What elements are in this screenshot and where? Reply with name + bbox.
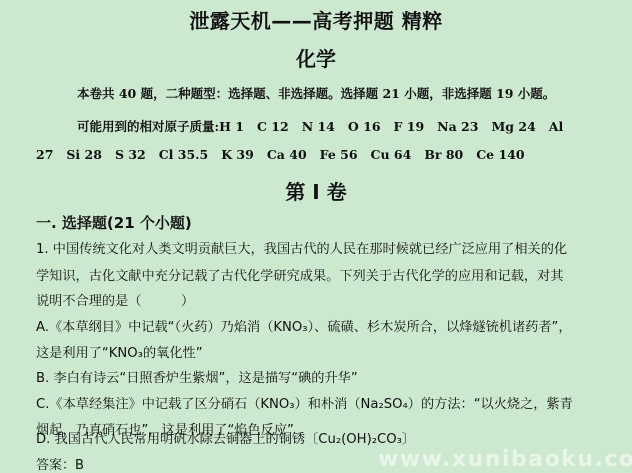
atomic-masses-line-2: 27Si 28S 32Cl 35.5K 39Ca 40Fe 56Cu 64Br … — [36, 147, 538, 162]
question-stem-line: 说明不合理的是（ ） — [36, 290, 194, 309]
question-stem-line: 学知识，古化文献中充分记载了古代化学研究成果。下列关于古代化学的应用和记载，对其 — [36, 265, 564, 284]
atomic-mass: O 16 — [348, 119, 381, 134]
question-stem-line: 1. 中国传统文化对人类文明贡献巨大，我国古代的人民在那时候就已经广泛应用了相关… — [36, 238, 567, 257]
atomic-mass: Cu 64 — [371, 147, 412, 162]
option-b: B. 李白有诗云“日照香炉生紫烟”，这是描写“碘的升华” — [36, 367, 358, 386]
option-c: C.《本草经集注》中记载了区分硝石（KNO₃）和朴消（Na₂SO₄）的方法：“以… — [36, 393, 573, 412]
atomic-mass: F 19 — [394, 119, 425, 134]
option-a-continued: 这是利用了“KNO₃的氧化性” — [36, 342, 203, 361]
atomic-masses-label: 可能用到的相对原子质量: — [77, 119, 219, 134]
atomic-mass: Si 28 — [66, 147, 102, 162]
option-a: A.《本草纲目》中记载“（火药）乃焰消（KNO₃）、硫磺、杉木炭所合，以烽燧铳机… — [36, 316, 572, 335]
atomic-mass: Na 23 — [437, 119, 478, 134]
volume-title: 第 I 卷 — [0, 176, 632, 205]
atomic-mass: Al — [549, 119, 563, 134]
document-title: 泄露天机——高考押题 精粹 — [0, 5, 632, 34]
atomic-mass: S 32 — [115, 147, 146, 162]
atomic-mass: Cl 35.5 — [159, 147, 209, 162]
answer: 答案：B — [36, 454, 84, 473]
watermark: www.xunibaoku.com — [378, 447, 632, 472]
atomic-masses-line-1: 可能用到的相对原子质量:H 1C 12N 14O 16F 19Na 23Mg 2… — [77, 117, 576, 135]
section-heading: 一. 选择题(21 个小题) — [36, 212, 192, 233]
atomic-mass: Ce 140 — [476, 147, 524, 162]
option-d: D. 我国古代人民常用明矾水除去铜器上的铜锈〔Cu₂(OH)₂CO₃〕 — [36, 428, 415, 447]
subject-title: 化学 — [0, 43, 632, 72]
atomic-mass: N 14 — [302, 119, 335, 134]
document-page: 泄露天机——高考押题 精粹 化学 本卷共 40 题，二种题型：选择题、非选择题。… — [0, 0, 632, 473]
atomic-mass: K 39 — [221, 147, 254, 162]
atomic-mass: Br 80 — [424, 147, 463, 162]
atomic-mass: Ca 40 — [267, 147, 307, 162]
atomic-mass: Fe 56 — [320, 147, 358, 162]
atomic-mass: C 12 — [257, 119, 289, 134]
atomic-mass: 27 — [36, 147, 53, 162]
exam-summary: 本卷共 40 题，二种题型：选择题、非选择题。选择题 21 小题，非选择题 19… — [77, 84, 555, 102]
atomic-mass: H 1 — [219, 119, 244, 134]
atomic-mass: Mg 24 — [491, 119, 535, 134]
